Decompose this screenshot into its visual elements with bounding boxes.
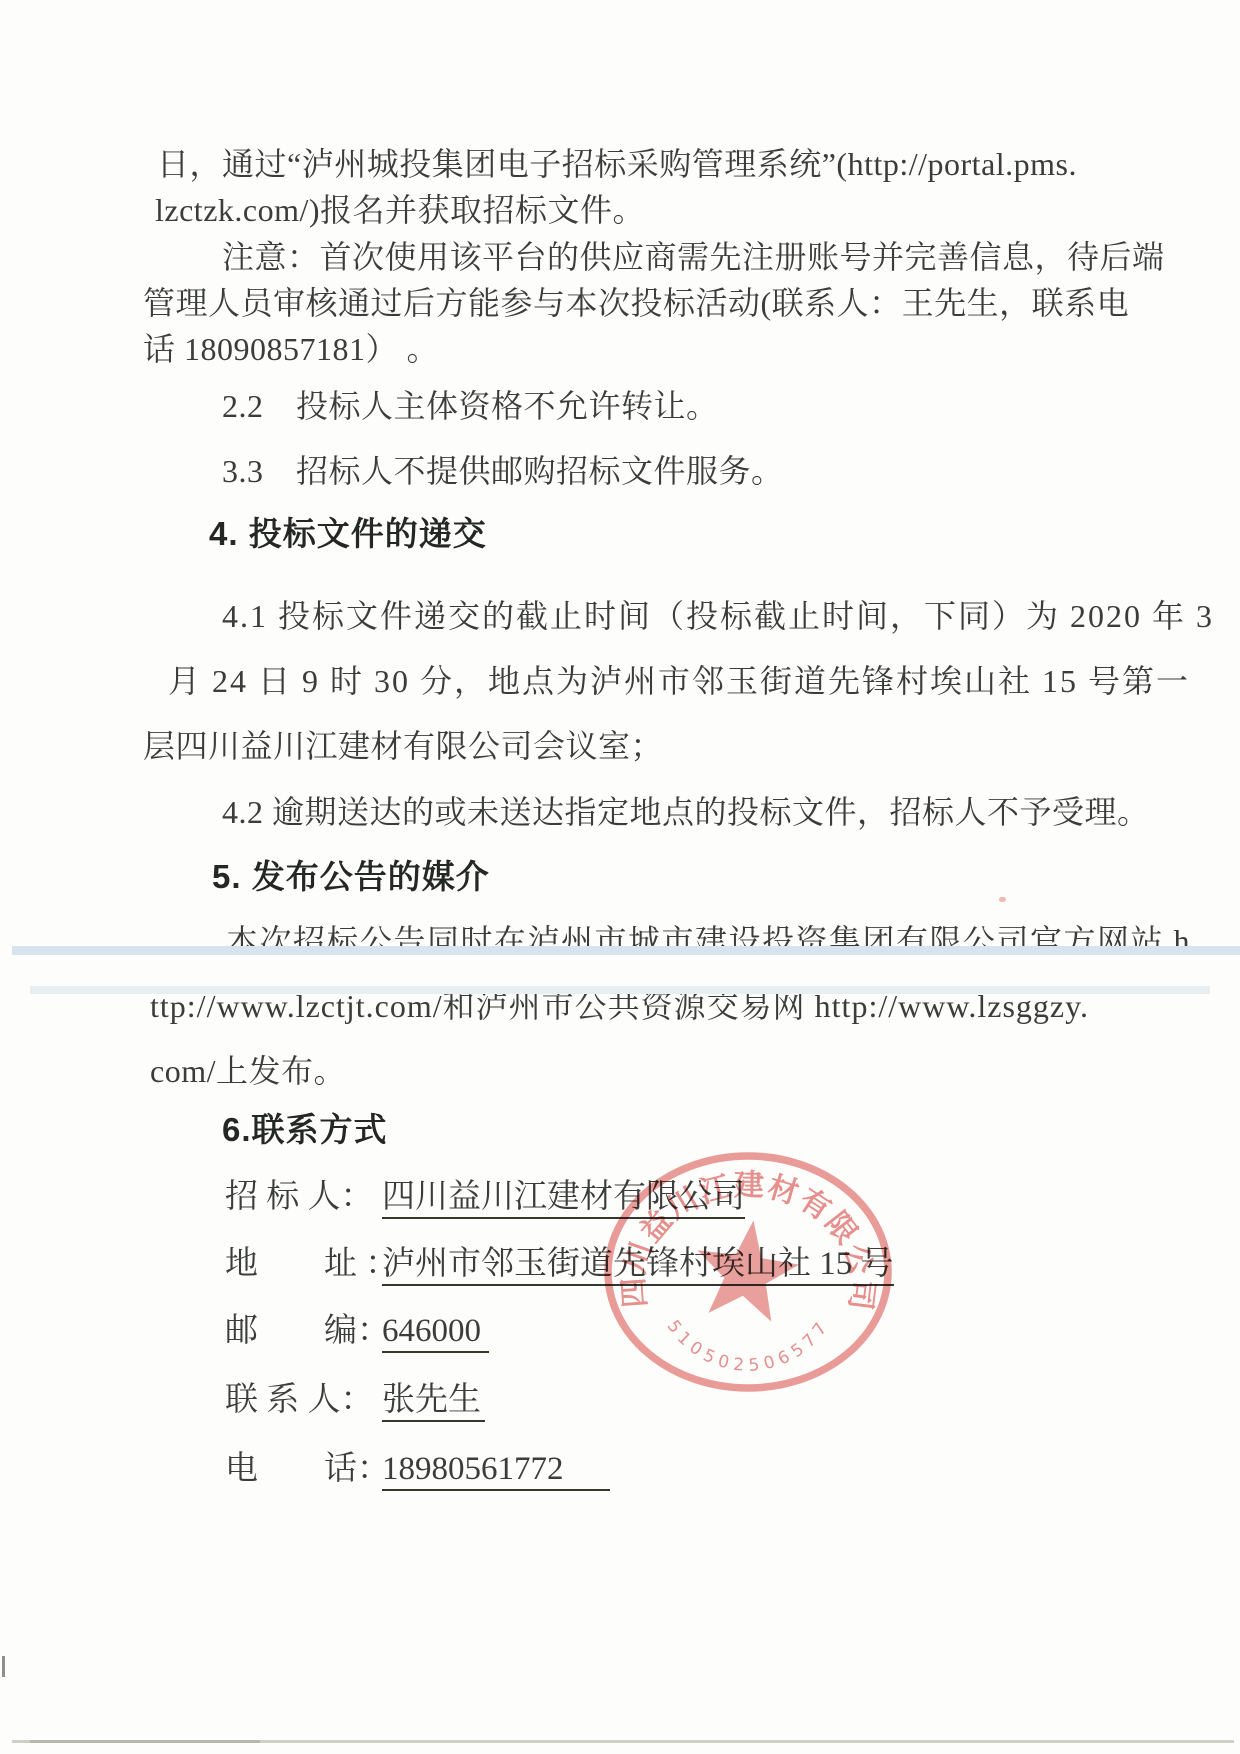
- contact-label: 地 址 ：: [225, 1243, 382, 1285]
- clause-4-2: 4.2 逾期送达的或未送达指定地点的投标文件，招标人不予受理。: [222, 792, 1150, 832]
- contact-row-person: 联 系 人：张先生: [225, 1379, 485, 1421]
- scanned-document-page: 日，通过“泸州城投集团电子招标采购管理系统”(http://portal.pms…: [0, 0, 1240, 1754]
- media-para-line2: ttp://www.lzctjt.com/和泸州市公共资源交易网 http://…: [150, 986, 1089, 1026]
- scan-artifact-edge-tick: [2, 1656, 5, 1677]
- text-line: 日，通过“泸州城投集团电子招标采购管理系统”(http://portal.pms…: [157, 144, 1077, 184]
- contact-value: 张先生: [382, 1382, 485, 1422]
- company-seal: 四川益川江建材有限公司 5105025065776: [598, 1144, 898, 1402]
- contact-row-zipcode: 邮 编：646000: [225, 1310, 489, 1352]
- media-para-line1: 本次招标公告同时在泸州市城市建设投资集团有限公司官方网站 h: [226, 921, 1191, 961]
- contact-label: 电 话：: [225, 1448, 382, 1490]
- text-line: 注意：首次使用该平台的供应商需先注册账号并完善信息，待后端: [222, 237, 1165, 277]
- clause-4-1-line2: 月 24 日 9 时 30 分，地点为泸州市邻玉街道先锋村埃山社 15 号第一: [168, 661, 1190, 701]
- scan-artifact-bottom-line: [30, 1740, 260, 1743]
- heading-contact: 6.联系方式: [222, 1110, 388, 1150]
- clause-4-1-line3: 层四川益川江建材有限公司会议室；: [143, 726, 663, 766]
- contact-value: 646000: [382, 1313, 489, 1353]
- contact-label: 联 系 人：: [225, 1379, 382, 1421]
- clause-4-1-line1: 4.1 投标文件递交的截止时间（投标截止时间，下同）为 2020 年 3: [222, 596, 1214, 636]
- clause-2-2: 2.2 投标人主体资格不允许转让。: [222, 386, 719, 426]
- text-line: 话 18090857181） 。: [143, 329, 439, 369]
- heading-submission: 4. 投标文件的递交: [209, 514, 487, 554]
- clause-3-3: 3.3 招标人不提供邮购招标文件服务。: [222, 451, 784, 491]
- contact-value: 18980561772: [382, 1451, 610, 1491]
- text-line: lzctzk.com/)报名并获取招标文件。: [155, 190, 645, 230]
- contact-row-phone: 电 话：18980561772: [225, 1448, 610, 1490]
- scan-artifact-speck: [999, 897, 1006, 902]
- heading-media: 5. 发布公告的媒介: [212, 857, 490, 897]
- contact-label: 招 标 人：: [225, 1176, 382, 1218]
- scan-artifact-bottom-line: [12, 1740, 1234, 1743]
- media-para-line3: com/上发布。: [150, 1051, 346, 1091]
- contact-label: 邮 编：: [225, 1310, 382, 1352]
- text-line: 管理人员审核通过后方能参与本次投标活动(联系人：王先生，联系电: [143, 283, 1129, 323]
- seal-star-icon: [689, 1213, 804, 1324]
